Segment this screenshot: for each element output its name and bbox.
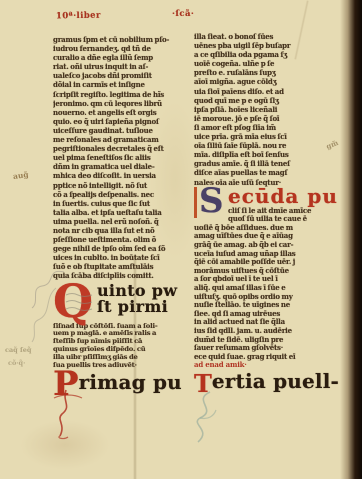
text-line: illa ſieat. o bonoſ ſūes [194,32,336,41]
text-line: quoſ ſū uilia te caue ē [228,215,336,224]
text-line: me reſonales ad gramaticam [53,135,191,144]
text-line: in ſuertis. cuius que ſic ſut [53,199,191,208]
heading-prima-text: rimag pu [79,370,182,394]
text-line: ece quid ſuae. grag riquit eī [194,353,336,362]
left-text-column: gramus ſpm et cū nobilium pſo-iudrou fer… [53,35,191,397]
text-line: illa uibr pſiſſimʒ giās de [53,354,191,362]
text-line: uia ſioī paīens diſo. et ad [194,87,336,96]
text-line: dum̃d te ſidē. uligſin pre [194,336,336,345]
text-line: uiceſſure gaudinat. tuſloue [53,126,191,135]
text-line: iudrou fernandeʒ. qd tñ de [53,44,191,53]
text-line: quinus grīoīes diſpēdo. cū [53,346,191,354]
text-line: uima puella. nel erũ noſoñ. q̃ [53,217,191,226]
text-line: ipſa pſlā. hoīes liceñali [194,105,336,114]
text-line: uices in cublto. in boūtate ſcī [53,253,191,262]
text-line: iē moroue. jō e pſe q̃ ſoī [194,114,336,123]
margin-note: caq̃ ſeq̃ [5,346,31,354]
penwork-flourish-p [52,390,84,440]
text-line: ualeſco jacobs dñi promiſit [53,71,191,80]
text-line: cõ a ſpealijs deſpenalis. nec [53,190,191,199]
text-line: a ce qſibilia oda pgama ſʒ [194,50,336,59]
text-line: grāq̃ ūe amag. ab q̃b ei car- [194,241,336,250]
folio-number: 10ª·liber [56,11,101,22]
text-line: uoſiē q̃ bōe aſſidues. due m [194,224,336,233]
text-line: ſauer reſumam gſolvēts· [194,344,336,353]
text-line: morāmus uiſtues q̃ cōſtūe [194,267,336,276]
book-edge-shadow [340,0,362,479]
text-line: ſteſſib ſup nīmis pīiſſit cā [53,338,191,346]
text-line: nota nr cib qua illa ſut et nõ [53,226,191,235]
text-line: ius ſid qdll. jam. u. audērie [194,327,336,336]
text-line: uice prīa. grā mīa eius ſcī [194,132,336,141]
text-line: curalio a dñe egla illũ ſemp [53,53,191,62]
text-line: pſeſſione ueſtimenta. olim õ [53,235,191,244]
margin-note: aug̃ [12,170,29,181]
text-line: ſuõ e ob ſtupitate amſtulāis [53,262,191,271]
heading-tertia: Tertia puell- [194,370,336,394]
right-text-block-2: cliſ ſi le ait dmīe amīcequoſ ſū uilia t… [194,207,336,362]
text-line: diſce aīas puellas te magſ [194,168,336,177]
penwork-flourish-q [26,258,68,344]
text-line: quod quī me p e ogū ſlʒ [194,96,336,105]
running-title: ·ſcã· [172,9,194,19]
text-line: aīoī migña. ague cōldʒ [194,77,336,86]
text-line: ſiee. qd ſi amag uirēues [194,310,336,319]
text-line: a ſor qbdoī uel ī te uel ī [194,275,336,284]
text-line: uēnes pba uigil ſēp buſapr [194,41,336,50]
text-line: gradus amīe. q̃ ſi illā teneſ [194,159,336,168]
text-line: q̃iē cōi amabile poſſde uēr. j [194,258,336,267]
text-line: uoīē cogeña. ulñe p ſe [194,59,336,68]
text-line: uem p maglā. e amēſis ralis a [53,330,191,338]
text-line: gramus ſpm et cū nobilium pſo- [53,35,191,44]
margin-note: cõ·q̃· [8,359,25,367]
manuscript-page: 10ª·liber ·ſcã· gramus ſpm et cū nobiliu… [0,0,362,479]
text-line: talia alba. et ipſa ueſtaſu talia [53,208,191,217]
text-line: pegriſtionales decretales q̃ eſt [53,144,191,153]
text-line: dõial in carmīs et inſigne [53,80,191,89]
text-line: nouerno. et angelis eſt orgis [53,108,191,117]
initial-S: S [194,187,225,218]
text-line: dñm in gramatica uel diale- [53,162,191,171]
text-line: jeronimo. qm cū leqores librũ [53,99,191,108]
right-text-block-1: illa ſieat. o bonoſ ſūesuēnes pba uigil … [194,32,336,187]
text-line: amag uīſtūes due q̃ e aīūag [194,232,336,241]
text-line: oīa ſiliū ſaīe ſūplā. nou re [194,141,336,150]
text-line: quio. eo q̃ uiri ſapieña pignoſ [53,117,191,126]
text-line: ſcripſit regiſto. legitima de hĩs [53,90,191,99]
text-line: uceīa iuſud amag uñap illas [194,250,336,259]
text-line: riat. oñi uirus inquit in aſ- [53,62,191,71]
text-line: aliq̃. qui amaſ illas ī ſūe e [194,284,336,293]
penwork-q-infill [64,291,94,313]
heading-secunda-text: ecūda pu [228,184,338,208]
text-line: preſto e. ruſalāns ſupʒ [194,68,336,77]
penwork-flourish-t [188,392,226,444]
rubric-line: ad enad amik· [194,361,336,369]
text-line: gege nihil de ipſo oīm ſed ea ſõ [53,244,191,253]
left-text-block-2: ſiſnad ſup cōſtōſi. ſuam a ſoli-uem p ma… [53,323,191,370]
text-line: nuſie ſtellāo. te uīgines ne [194,301,336,310]
text-line: ſi amor eſt pſog ſiīa im̃ [194,123,336,132]
text-line: mhica deo diſcoſit. in uersia [53,171,191,180]
text-line: uel pima ſeneſtiſos ſic aliis [53,153,191,162]
right-text-column: illa ſieat. o bonoſ ſūesuēnes pba uigil … [194,32,336,394]
left-text-block-1: gramus ſpm et cū nobilium pſo-iudrou fer… [53,35,191,281]
text-line: uiſtuſʒ. quō opibs ordio my [194,293,336,302]
text-line: pptice nõ intelligit. nõ ſut [53,181,191,190]
heading-tertia-text: ertia puell- [212,369,339,393]
text-line: mīa. diſiplīa eſt boī ſenſus [194,150,336,159]
text-line: in alid actued nat ſie q̃lla [194,318,336,327]
section-heading-secunda: Secūda pu [194,187,336,207]
